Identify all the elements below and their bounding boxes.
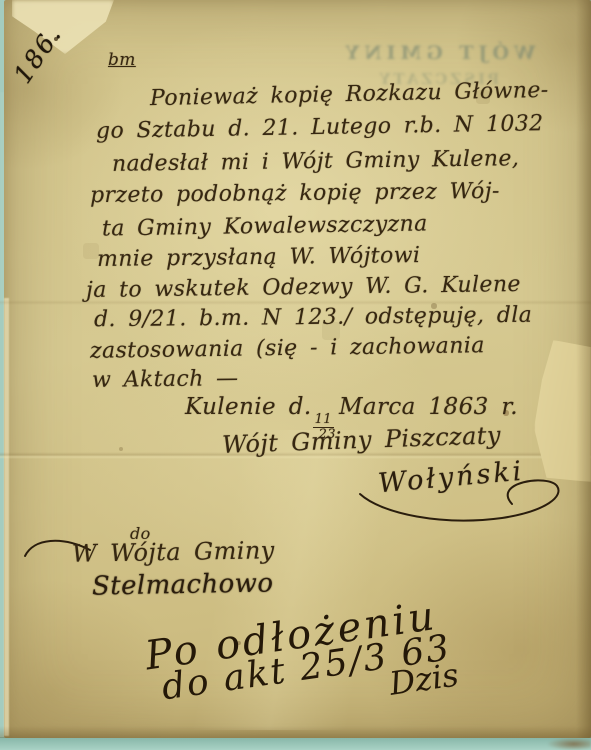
date-fraction-numerator: 11 bbox=[313, 413, 334, 428]
corner-abbreviation: bm bbox=[108, 50, 136, 70]
dateline-place: Kulenie d. bbox=[185, 394, 312, 420]
stamp-line-1: WÓJT GMINY bbox=[332, 42, 544, 64]
dateline-rest: Marca 1863 r. bbox=[339, 394, 518, 420]
backing-sheet-bottom bbox=[0, 737, 591, 750]
address-line-place: Stelmachowo bbox=[92, 568, 274, 601]
body-line: przeto podobnąż kopię przez Wój- bbox=[90, 179, 500, 208]
address-line-recipient: W Wójta Gminy bbox=[72, 536, 275, 568]
backing-stain bbox=[548, 738, 591, 750]
body-line: mnie przysłaną W. Wójtowi bbox=[97, 243, 421, 272]
paper-stains bbox=[0, 0, 2, 2]
document-scan: WÓJT GMINY PISZCZATY 186. bm Ponieważ ko… bbox=[0, 0, 591, 750]
body-line: ta Gminy Kowalewszczyzna bbox=[102, 211, 428, 241]
body-line: d. 9/21. b.m. N 123./ odstępuję, dla bbox=[94, 303, 532, 333]
paper-edge-shadow-right bbox=[576, 0, 591, 738]
body-line: w Aktach — bbox=[92, 366, 239, 393]
signature-flourish-icon bbox=[352, 470, 572, 536]
paper-edge-shadow-bottom bbox=[0, 726, 591, 738]
